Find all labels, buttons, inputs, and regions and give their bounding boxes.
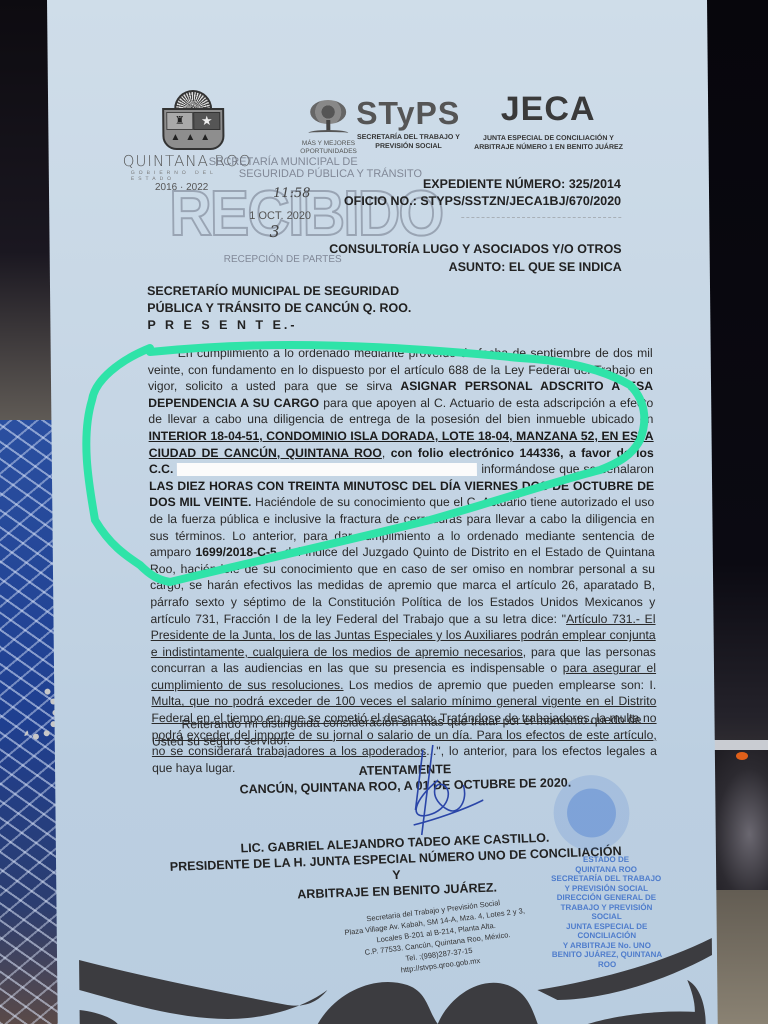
stamp-date: 1 OCT. 2020 xyxy=(249,210,311,222)
document-page: ♜ ★ ▲▲▲ QUINTANA ROO GOBIERNO DEL ESTADO… xyxy=(47,0,718,1024)
seal-line: TRABAJO Y PREVISIÓN SOCIAL xyxy=(546,903,666,922)
jeca-subtitle-line2: ARBITRAJE NÚMERO 1 EN BENITO JUÁREZ xyxy=(463,143,633,152)
seal-line: Y PREVISIÓN SOCIAL xyxy=(546,884,666,894)
bottle-cap-detail xyxy=(736,752,748,760)
stamp-top-line1: SECRETARÍA MUNICIPAL DE xyxy=(209,156,358,168)
redacted-names xyxy=(177,463,477,476)
stamp-bottom: RECEPCIÓN DE PARTES xyxy=(224,254,342,265)
jeca-subtitle-line1: JUNTA ESPECIAL DE CONCILIACIÓN Y xyxy=(463,134,633,143)
coat-of-arms-icon: ♜ ★ ▲▲▲ xyxy=(162,90,225,150)
seal-line: ESTADO DE xyxy=(546,855,666,865)
styps-logo: STyPS SECRETARÍA DEL TRABAJO Y PREVISIÓN… xyxy=(348,96,469,151)
body-text-segment: , xyxy=(382,446,391,460)
body-text-segment: Los medios de apremio que pueden emplear… xyxy=(343,678,656,692)
obscured-line xyxy=(461,210,621,218)
addressee-line2: PÚBLICA Y TRÁNSITO DE CANCÚN Q. ROO. xyxy=(147,300,411,317)
mexican-eagle-icon xyxy=(553,775,630,851)
decorative-wave-band xyxy=(57,930,718,1024)
tree-icon xyxy=(306,100,350,134)
jeca-title: JECA xyxy=(463,90,633,128)
addressee-line1: SECRETARÍO MUNICIPAL DE SEGURIDAD xyxy=(147,283,411,300)
amparo-number: 1699/2018-C-5 xyxy=(195,545,276,559)
stamp-handwritten-time: 11:58 xyxy=(273,186,311,201)
styps-subtitle-line1: SECRETARÍA DEL TRABAJO Y xyxy=(348,133,468,142)
reference-block: EXPEDIENTE NÚMERO: 325/2014 OFICIO NO.: … xyxy=(344,176,622,218)
styps-title: STyPS xyxy=(348,96,468,130)
body-text-segment: informándose que se señalaron xyxy=(477,462,654,476)
reference-block-2: CONSULTORÍA LUGO Y ASOCIADOS Y/O OTROS A… xyxy=(329,240,622,276)
seal-line: SECRETARÍA DEL TRABAJO xyxy=(546,874,666,884)
recipient-company: CONSULTORÍA LUGO Y ASOCIADOS Y/O OTROS xyxy=(329,240,622,258)
oficio-number: OFICIO NO.: STYPS/SSTZN/JECA1BJ/670/2020 xyxy=(344,193,621,210)
jeca-logo: JECA JUNTA ESPECIAL DE CONCILIACIÓN Y AR… xyxy=(463,90,634,152)
stamp-handwritten-mark: 3 xyxy=(269,222,279,241)
addressee-presente: P R E S E N T E.- xyxy=(147,317,411,334)
seal-line: QUINTANA ROO xyxy=(546,865,666,875)
asunto: ASUNTO: EL QUE SE INDICA xyxy=(329,258,622,276)
seal-line: DIRECCIÓN GENERAL DE xyxy=(546,893,666,903)
expediente-number: EXPEDIENTE NÚMERO: 325/2014 xyxy=(344,176,621,193)
addressee-block: SECRETARÍO MUNICIPAL DE SEGURIDAD PÚBLIC… xyxy=(147,283,412,334)
